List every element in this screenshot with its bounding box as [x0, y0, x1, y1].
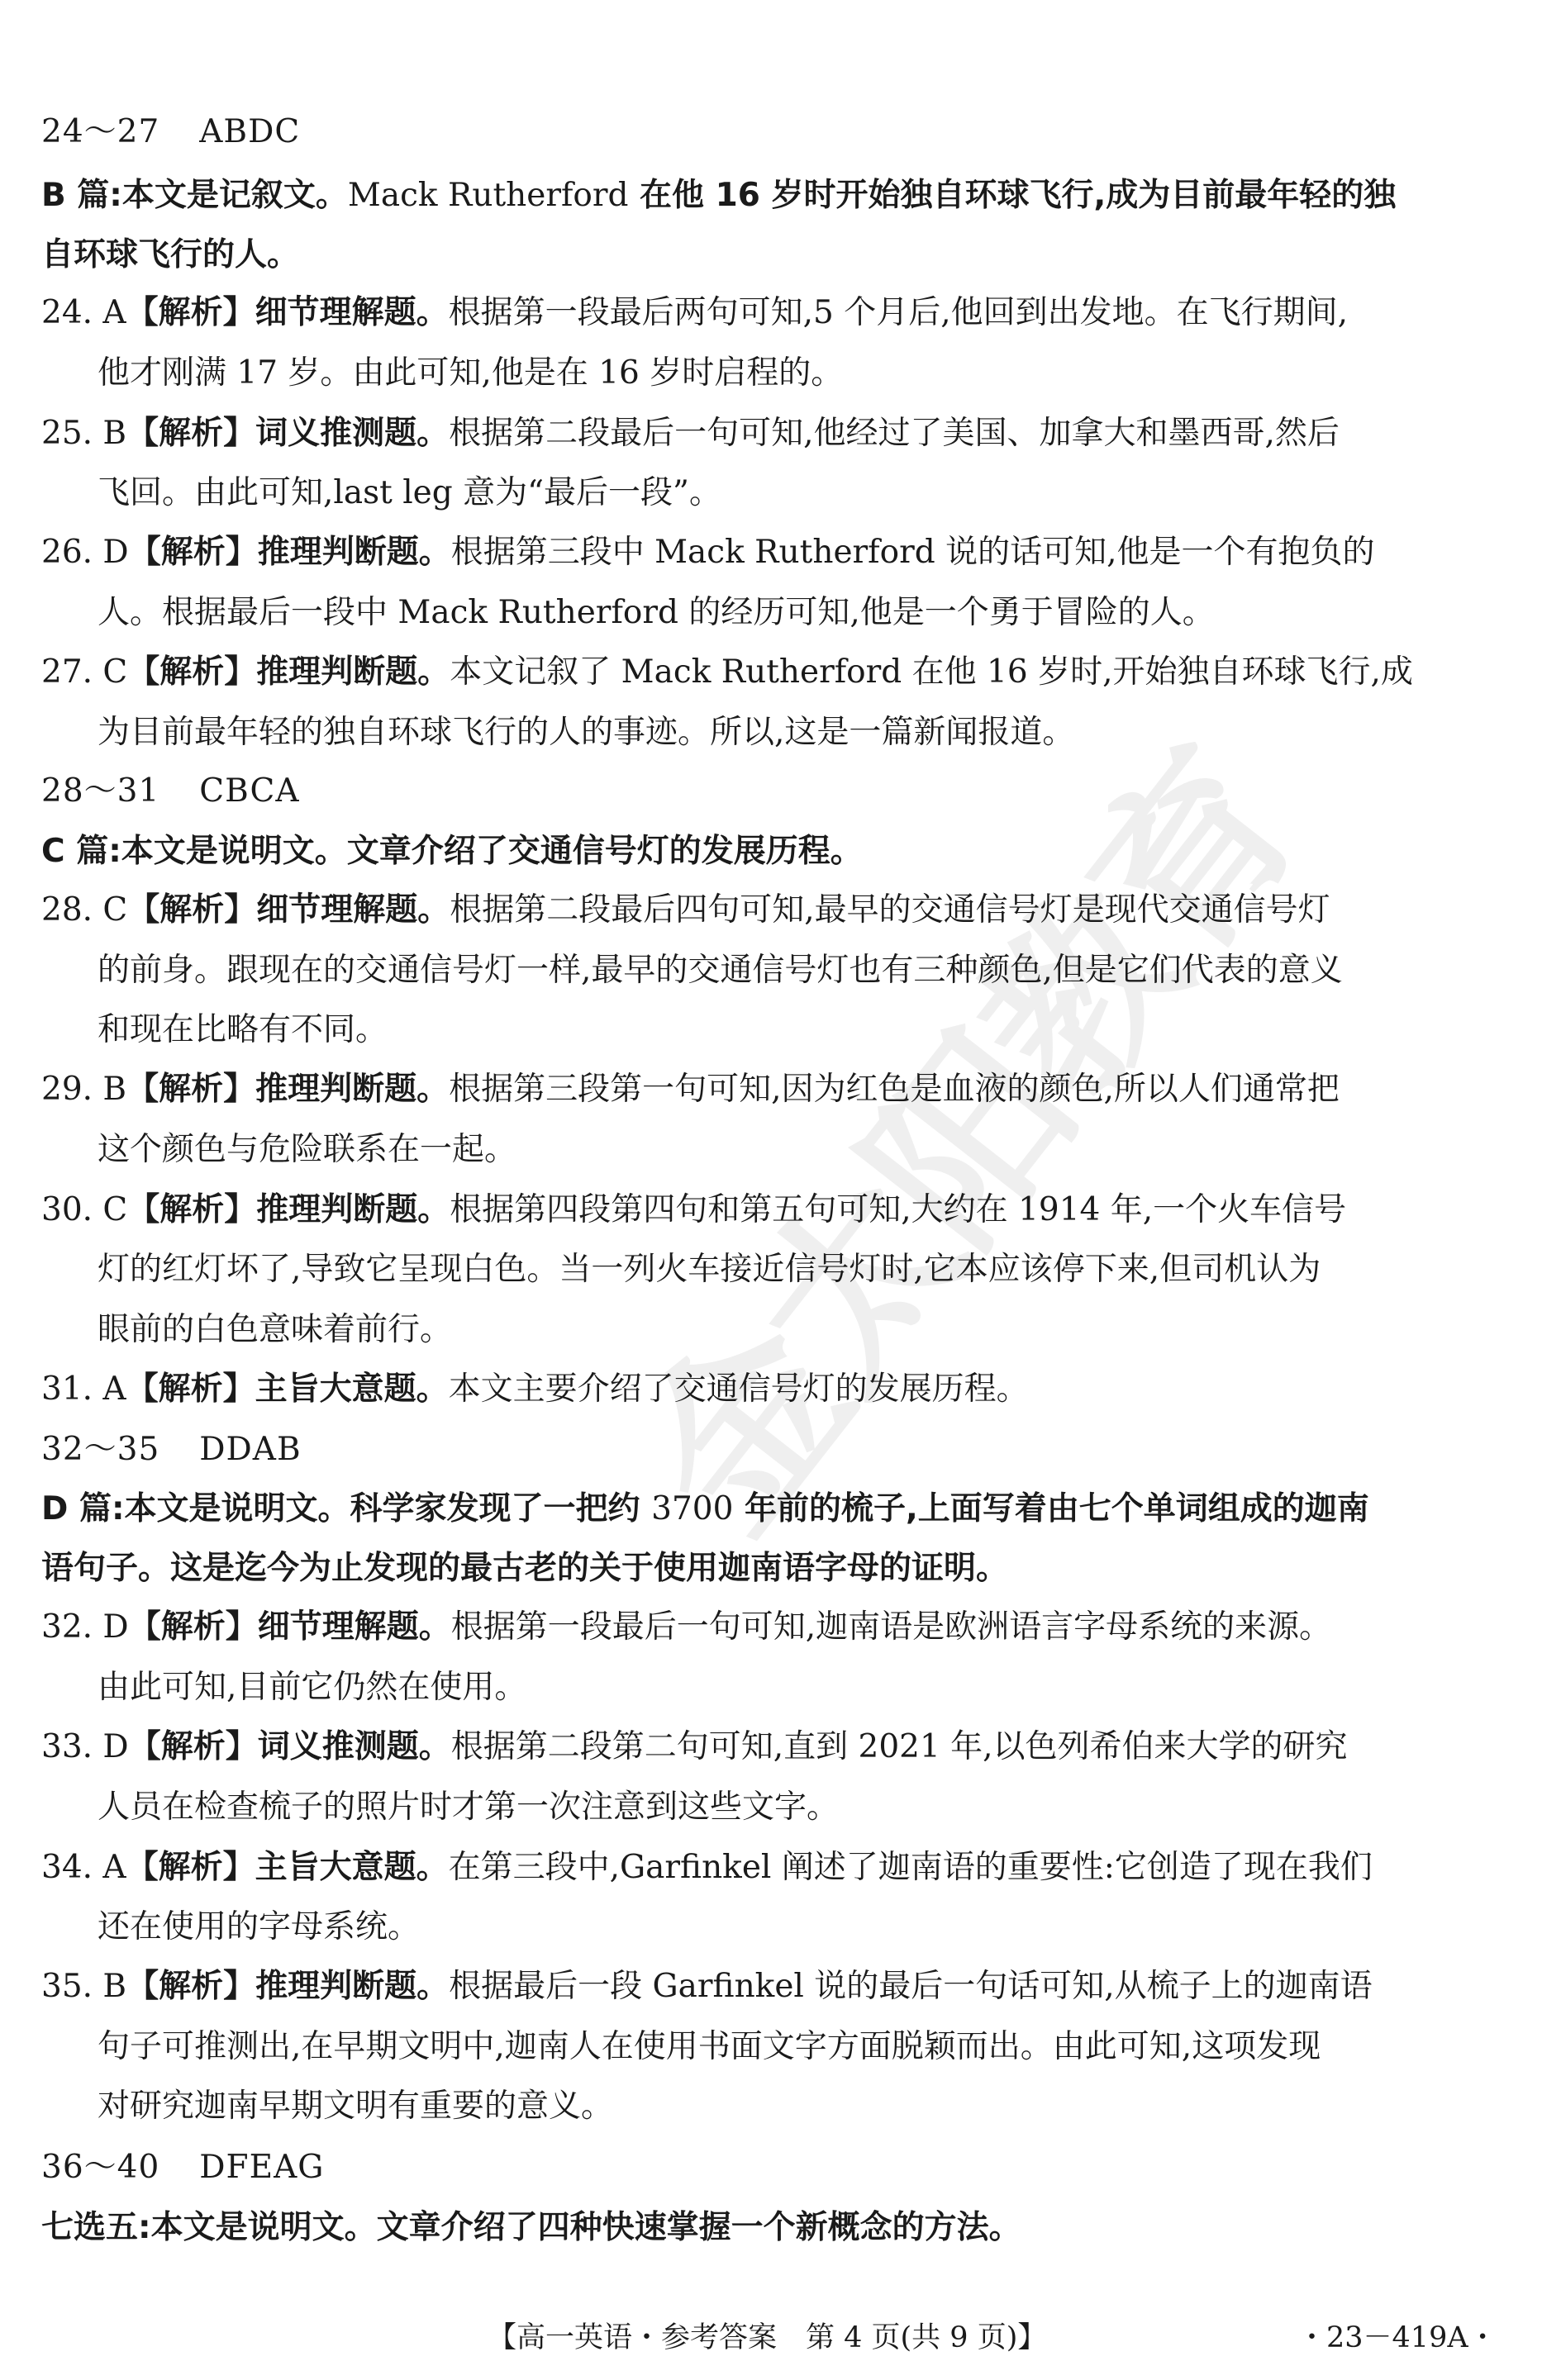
- ans-24-27: 24～27ABDC: [41, 111, 300, 154]
- summary-bold: B 篇:本文是记叙文。: [41, 177, 348, 214]
- answer-letters: DFEAG: [199, 2149, 324, 2186]
- explanation-text: 由此可知,目前它仍然在使用。: [98, 1669, 526, 1706]
- analysis-tag: 【解析】推理判断题。: [127, 1191, 450, 1228]
- q27-1: 27. C【解析】推理判断题。本文记叙了 Mack Rutherford 在他 …: [41, 651, 1413, 694]
- answer-letters: DDAB: [199, 1431, 301, 1468]
- explanation-text: 根据第三段中 Mack Rutherford 说的话可知,他是一个有抱负的: [451, 534, 1375, 571]
- summary-c-1: C 篇:本文是说明文。文章介绍了交通信号灯的发展历程。: [41, 830, 863, 873]
- q32-2: 由此可知,目前它仍然在使用。: [98, 1666, 526, 1709]
- summary-7-1: 七选五:本文是说明文。文章介绍了四种快速掌握一个新概念的方法。: [41, 2207, 1021, 2249]
- explanation-text: 眼前的白色意味着前行。: [98, 1311, 452, 1348]
- answer-range: 24～27: [41, 113, 159, 150]
- question-number: 24. A: [41, 292, 126, 335]
- analysis-tag: 【解析】推理判断题。: [126, 1968, 449, 2005]
- q27-2: 为目前最年轻的独自环球飞行的人的事迹。所以,这是一篇新闻报道。: [98, 711, 1074, 754]
- explanation-text: 这个颜色与危险联系在一起。: [98, 1131, 516, 1168]
- answer-letters: ABDC: [199, 113, 300, 150]
- ans-36-40: 36～40DFEAG: [41, 2146, 324, 2189]
- q30-3: 眼前的白色意味着前行。: [98, 1309, 452, 1352]
- q29-2: 这个颜色与危险联系在一起。: [98, 1128, 516, 1171]
- q35-3: 对研究迦南早期文明有重要的意义。: [98, 2085, 613, 2128]
- q33-1: 33. D【解析】词义推测题。根据第二段第二句可知,直到 2021 年,以色列希…: [41, 1726, 1348, 1769]
- explanation-text: 为目前最年轻的独自环球飞行的人的事迹。所以,这是一篇新闻报道。: [98, 714, 1074, 751]
- answer-range: 28～31: [41, 772, 159, 810]
- q25-1: 25. B【解析】词义推测题。根据第二段最后一句可知,他经过了美国、加拿大和墨西…: [41, 412, 1340, 455]
- q35-2: 句子可推测出,在早期文明中,迦南人在使用书面文字方面脱颖而出。由此可知,这项发现: [98, 2026, 1321, 2069]
- footer-doc-code: ・23－419A・: [1297, 2318, 1497, 2358]
- ans-32-35: 32～35DDAB: [41, 1428, 302, 1471]
- summary-d-2: 语句子。这是迄今为止发现的最古老的关于使用迦南语字母的证明。: [41, 1547, 1008, 1590]
- explanation-text: 根据第一段最后一句可知,迦南语是欧洲语言字母系统的来源。: [451, 1608, 1331, 1646]
- explanation-text: 本文主要介绍了交通信号灯的发展历程。: [449, 1371, 1029, 1408]
- answer-range: 36～40: [41, 2149, 159, 2186]
- explanation-text: 根据第二段最后一句可知,他经过了美国、加拿大和墨西哥,然后: [449, 415, 1340, 452]
- q28-2: 的前身。跟现在的交通信号灯一样,最早的交通信号灯也有三种颜色,但是它们代表的意义: [98, 949, 1343, 992]
- analysis-tag: 【解析】细节理解题。: [127, 891, 450, 929]
- explanation-text: 和现在比略有不同。: [98, 1011, 388, 1048]
- q24-2: 他才刚满 17 岁。由此可知,他是在 16 岁时启程的。: [98, 352, 843, 395]
- q33-2: 人员在检查梳子的照片时才第一次注意到这些文字。: [98, 1786, 839, 1829]
- summary-bold: C 篇:本文是说明文。文章介绍了交通信号灯的发展历程。: [41, 833, 863, 870]
- explanation-text: 本文记叙了 Mack Rutherford 在他 16 岁时,开始独自环球飞行,…: [450, 653, 1413, 691]
- q26-1: 26. D【解析】推理判断题。根据第三段中 Mack Rutherford 说的…: [41, 531, 1375, 574]
- analysis-tag: 【解析】词义推测题。: [129, 1728, 451, 1765]
- question-number: 28. C: [41, 889, 127, 932]
- q31-1: 31. A【解析】主旨大意题。本文主要介绍了交通信号灯的发展历程。: [41, 1368, 1029, 1411]
- question-number: 25. B: [41, 412, 126, 455]
- explanation-text: 他才刚满 17 岁。由此可知,他是在 16 岁时启程的。: [98, 354, 843, 392]
- analysis-tag: 【解析】词义推测题。: [126, 415, 449, 452]
- q29-1: 29. B【解析】推理判断题。根据第三段第一句可知,因为红色是血液的颜色,所以人…: [41, 1068, 1340, 1111]
- summary-bold: 自环球飞行的人。: [41, 236, 299, 273]
- summary-b-2: 自环球飞行的人。: [41, 234, 299, 277]
- summary-bold-cont: 在他 16 岁时开始独自环球飞行,成为目前最年轻的独: [628, 177, 1396, 214]
- q34-1: 34. A【解析】主旨大意题。在第三段中,Garfinkel 阐述了迦南语的重要…: [41, 1846, 1373, 1889]
- ans-28-31: 28～31CBCA: [41, 770, 300, 813]
- summary-bold: 语句子。这是迄今为止发现的最古老的关于使用迦南语字母的证明。: [41, 1550, 1008, 1587]
- explanation-text: 根据第一段最后两句可知,5 个月后,他回到出发地。在飞行期间,: [449, 294, 1348, 331]
- answer-letters: CBCA: [199, 772, 299, 810]
- analysis-tag: 【解析】细节理解题。: [129, 1608, 451, 1646]
- question-number: 27. C: [41, 651, 127, 694]
- q25-2: 飞回。由此可知,last leg 意为“最后一段”。: [98, 472, 721, 515]
- question-number: 33. D: [41, 1726, 129, 1769]
- question-number: 32. D: [41, 1606, 129, 1649]
- q30-2: 灯的红灯坏了,导致它呈现白色。当一列火车接近信号灯时,它本应该停下来,但司机认为: [98, 1248, 1321, 1291]
- analysis-tag: 【解析】主旨大意题。: [126, 1371, 449, 1408]
- analysis-tag: 【解析】推理判断题。: [129, 534, 451, 571]
- explanation-text: 人。根据最后一段中 Mack Rutherford 的经历可知,他是一个勇于冒险…: [98, 594, 1215, 631]
- analysis-tag: 【解析】主旨大意题。: [126, 1849, 449, 1886]
- footer-page-info: 【高一英语・参考答案 第 4 页(共 9 页)】: [488, 2318, 1046, 2358]
- q30-1: 30. C【解析】推理判断题。根据第四段第四句和第五句可知,大约在 1914 年…: [41, 1189, 1346, 1232]
- answer-range: 32～35: [41, 1431, 159, 1468]
- explanation-text: 还在使用的字母系统。: [98, 1908, 420, 1945]
- explanation-text: 句子可推测出,在早期文明中,迦南人在使用书面文字方面脱颖而出。由此可知,这项发现: [98, 2028, 1321, 2065]
- q24-1: 24. A【解析】细节理解题。根据第一段最后两句可知,5 个月后,他回到出发地。…: [41, 292, 1348, 335]
- explanation-text: 根据第三段第一句可知,因为红色是血液的颜色,所以人们通常把: [449, 1071, 1340, 1108]
- explanation-text: 根据第四段第四句和第五句可知,大约在 1914 年,一个火车信号: [450, 1191, 1346, 1228]
- explanation-text: 根据第二段最后四句可知,最早的交通信号灯是现代交通信号灯: [450, 891, 1330, 929]
- summary-bold: D 篇:本文是说明文。科学家发现了一把约: [41, 1490, 651, 1527]
- analysis-tag: 【解析】细节理解题。: [126, 294, 449, 331]
- explanation-text: 根据最后一段 Garfinkel 说的最后一句话可知,从梳子上的迦南语: [449, 1968, 1373, 2005]
- q34-2: 还在使用的字母系统。: [98, 1906, 420, 1949]
- q28-3: 和现在比略有不同。: [98, 1009, 388, 1052]
- summary-plain: 3700: [651, 1490, 733, 1527]
- explanation-text: 灯的红灯坏了,导致它呈现白色。当一列火车接近信号灯时,它本应该停下来,但司机认为: [98, 1251, 1321, 1288]
- summary-bold-cont: 年前的梳子,上面写着由七个单词组成的迦南: [733, 1490, 1368, 1527]
- summary-d-1: D 篇:本文是说明文。科学家发现了一把约 3700 年前的梳子,上面写着由七个单…: [41, 1488, 1369, 1531]
- explanation-text: 的前身。跟现在的交通信号灯一样,最早的交通信号灯也有三种颜色,但是它们代表的意义: [98, 952, 1343, 989]
- q35-1: 35. B【解析】推理判断题。根据最后一段 Garfinkel 说的最后一句话可…: [41, 1965, 1373, 2008]
- question-number: 29. B: [41, 1068, 126, 1111]
- explanation-text: 飞回。由此可知,last leg 意为“最后一段”。: [98, 474, 721, 511]
- question-number: 34. A: [41, 1846, 126, 1889]
- q28-1: 28. C【解析】细节理解题。根据第二段最后四句可知,最早的交通信号灯是现代交通…: [41, 889, 1330, 932]
- q32-1: 32. D【解析】细节理解题。根据第一段最后一句可知,迦南语是欧洲语言字母系统的…: [41, 1606, 1331, 1649]
- question-number: 35. B: [41, 1965, 126, 2008]
- analysis-tag: 【解析】推理判断题。: [127, 653, 450, 691]
- summary-bold: 七选五:本文是说明文。文章介绍了四种快速掌握一个新概念的方法。: [41, 2209, 1021, 2246]
- summary-b-1: B 篇:本文是记叙文。Mack Rutherford 在他 16 岁时开始独自环…: [41, 174, 1396, 217]
- question-number: 26. D: [41, 531, 129, 574]
- explanation-text: 根据第二段第二句可知,直到 2021 年,以色列希伯来大学的研究: [451, 1728, 1348, 1765]
- analysis-tag: 【解析】推理判断题。: [126, 1071, 449, 1108]
- explanation-text: 在第三段中,Garfinkel 阐述了迦南语的重要性:它创造了现在我们: [449, 1849, 1373, 1886]
- summary-plain: Mack Rutherford: [348, 177, 629, 214]
- question-number: 30. C: [41, 1189, 127, 1232]
- explanation-text: 对研究迦南早期文明有重要的意义。: [98, 2088, 613, 2125]
- explanation-text: 人员在检查梳子的照片时才第一次注意到这些文字。: [98, 1789, 839, 1826]
- question-number: 31. A: [41, 1368, 126, 1411]
- q26-2: 人。根据最后一段中 Mack Rutherford 的经历可知,他是一个勇于冒险…: [98, 591, 1215, 634]
